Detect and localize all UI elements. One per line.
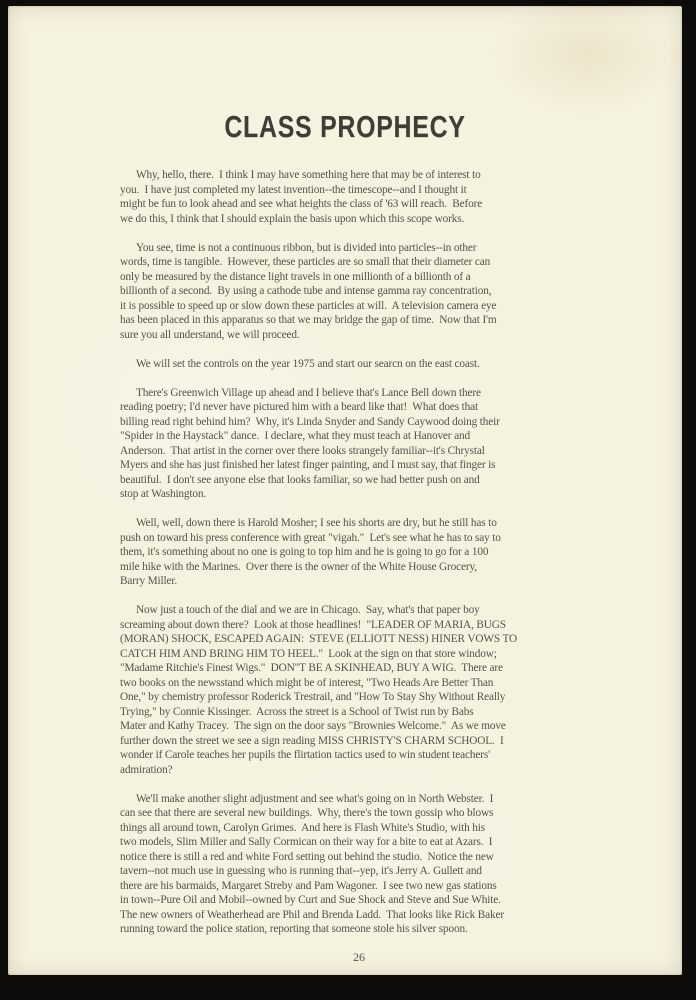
paper: CLASS PROPHECY Why, hello, there. I thin…: [8, 6, 682, 975]
paragraph-chicago: Now just a touch of the dial and we are …: [120, 603, 620, 777]
paragraph-greenwich-village: There's Greenwich Village up ahead and I…: [120, 386, 620, 502]
body-text: Why, hello, there. I think I may have so…: [8, 146, 682, 937]
paragraph-set-controls: We will set the controls on the year 197…: [120, 357, 620, 372]
paragraph-intro: Why, hello, there. I think I may have so…: [120, 168, 620, 226]
paragraph-north-webster: We'll make another slight adjustment and…: [120, 792, 620, 937]
page-number: 26: [22, 950, 696, 965]
paragraph-time-particles: You see, time is not a continuous ribbon…: [120, 241, 620, 343]
scanned-page: CLASS PROPHECY Why, hello, there. I thin…: [0, 0, 696, 1000]
page-title: CLASS PROPHECY: [75, 108, 614, 146]
paragraph-washington: Well, well, down there is Harold Mosher;…: [120, 516, 620, 589]
